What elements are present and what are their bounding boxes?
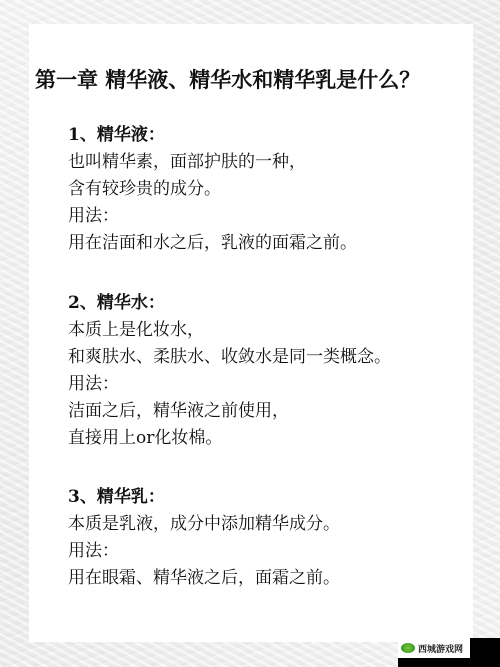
section-heading: 2、精华水： <box>68 290 391 317</box>
document-card: 第一章 精华液、精华水和精华乳是什么？ 1、精华液： 也叫精华素，面部护肤的一种… <box>29 24 473 642</box>
section-line: 用法： <box>68 203 357 230</box>
watermark: 西城游戏网 <box>398 638 500 667</box>
section-essence-lotion: 3、精华乳： 本质是乳液，成分中添加精华成分。 用法： 用在眼霜、精华液之后，面… <box>68 484 340 592</box>
section-serum: 1、精华液： 也叫精华素，面部护肤的一种， 含有较珍贵的成分。 用法： 用在洁面… <box>68 122 357 257</box>
section-heading: 1、精华液： <box>68 122 357 149</box>
section-line: 和爽肤水、柔肤水、收敛水是同一类概念。 <box>68 344 391 371</box>
section-line: 含有较珍贵的成分。 <box>68 176 357 203</box>
watermark-badge: 西城游戏网 <box>398 638 470 658</box>
section-heading: 3、精华乳： <box>68 484 340 511</box>
section-line: 本质上是化妆水， <box>68 317 391 344</box>
chapter-title: 第一章 精华液、精华水和精华乳是什么？ <box>35 64 420 94</box>
section-line: 本质是乳液，成分中添加精华成分。 <box>68 511 340 538</box>
watermark-text: 西城游戏网 <box>418 642 463 655</box>
section-line: 用在眼霜、精华液之后，面霜之前。 <box>68 565 340 592</box>
section-essence-water: 2、精华水： 本质上是化妆水， 和爽肤水、柔肤水、收敛水是同一类概念。 用法： … <box>68 290 391 452</box>
section-line: 洁面之后，精华液之前使用， <box>68 398 391 425</box>
section-line: 用在洁面和水之后，乳液的面霜之前。 <box>68 230 357 257</box>
section-line: 用法： <box>68 371 391 398</box>
section-line: 直接用上or化妆棉。 <box>68 425 391 452</box>
leaf-logo-icon <box>401 643 415 653</box>
section-line: 也叫精华素，面部护肤的一种， <box>68 149 357 176</box>
section-line: 用法： <box>68 538 340 565</box>
